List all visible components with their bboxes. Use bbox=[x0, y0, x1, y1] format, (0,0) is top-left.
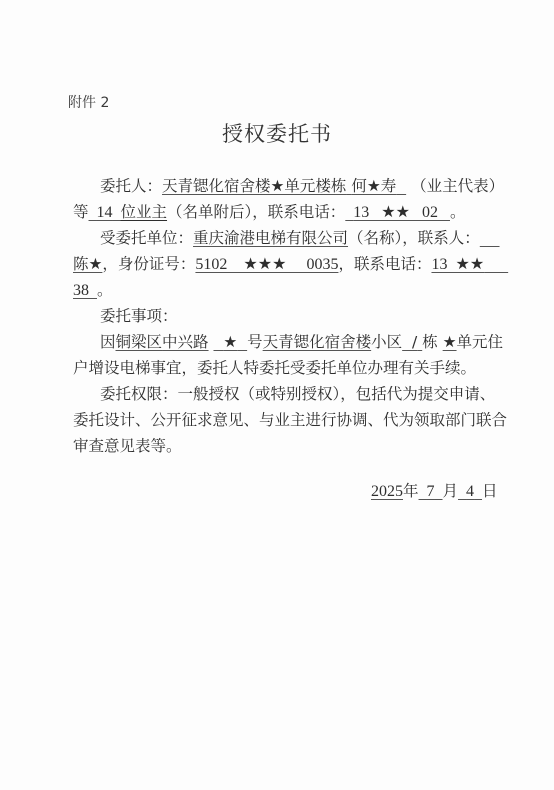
agent-id-number: 5102 ★★★ 0035 bbox=[195, 256, 338, 273]
scope-line-2: 委托设计、公开征求意见、与业主进行协调、代为领取部门联合 bbox=[73, 410, 507, 430]
road: 中兴路 bbox=[162, 333, 209, 351]
month-unit: 月 bbox=[443, 482, 459, 500]
matters-line-2: 户增设电梯事宜，委托人特委托受委托单位办理有关手续。 bbox=[73, 358, 476, 378]
year-unit: 年 bbox=[403, 482, 419, 500]
principal-line-1: 委托人：天青锶化宿舍楼★单元楼栋 何★寿 （业主代表） bbox=[100, 176, 504, 196]
signing-date: 2025年 7 月 4 日 bbox=[371, 481, 498, 502]
agent-label: 受委托单位： bbox=[100, 229, 193, 247]
matters-pre: 因 bbox=[100, 333, 116, 351]
principal-role: （业主代表） bbox=[411, 177, 504, 195]
owner-suffix: 位业主 bbox=[121, 203, 168, 221]
road-number: ★ bbox=[213, 333, 247, 351]
unit-number: ★ bbox=[443, 333, 457, 351]
agent-phone-label: ，联系电话： bbox=[338, 255, 431, 273]
estate-name: 天青锶化宿舍楼 bbox=[263, 333, 372, 351]
principal-label: 委托人： bbox=[100, 177, 162, 195]
agent-phone-part1: 13 ★★ bbox=[431, 256, 508, 273]
building-suffix: 栋 bbox=[422, 333, 438, 351]
principal-address: 天青锶化宿舍楼★单元楼栋 bbox=[162, 177, 346, 195]
scope-line-3: 审查意见表等。 bbox=[73, 436, 182, 456]
number-suffix: 号 bbox=[247, 333, 263, 351]
date-day: 4 bbox=[458, 483, 482, 500]
owner-count: 14 bbox=[89, 204, 121, 221]
matters-heading: 委托事项： bbox=[100, 306, 178, 326]
principal-end: 。 bbox=[450, 203, 466, 221]
day-unit: 日 bbox=[482, 482, 498, 500]
date-year: 2025 bbox=[371, 483, 403, 500]
building-number: / bbox=[402, 333, 422, 351]
owner-prefix: 等 bbox=[73, 203, 89, 221]
agent-end: 。 bbox=[97, 281, 113, 299]
principal-name: 何★寿 bbox=[346, 177, 406, 195]
agent-line-3: 38 。 bbox=[73, 280, 113, 301]
owner-suffix-rest: （名单附后），联系电话： bbox=[167, 203, 345, 221]
principal-line-2: 等 14 位业主（名单附后），联系电话： 13 ★★ 02 。 bbox=[73, 202, 466, 223]
page-title: 授权委托书 bbox=[0, 118, 554, 148]
agent-line-1: 受委托单位：重庆渝港电梯有限公司（名称），联系人： bbox=[100, 228, 500, 248]
agent-phone-part2: 38 bbox=[73, 282, 97, 299]
attachment-label: 附件 2 bbox=[68, 92, 109, 112]
agent-line-2: 陈★，身份证号：5102 ★★★ 0035，联系电话：13 ★★ bbox=[73, 254, 508, 275]
unit-suffix: 单元住 bbox=[457, 333, 504, 351]
matters-line-1: 因铜梁区中兴路 ★ 号天青锶化宿舍楼小区 / 栋 ★单元住 bbox=[100, 332, 503, 352]
principal-phone: 13 ★★ 02 bbox=[345, 204, 450, 221]
date-month: 7 bbox=[419, 483, 443, 500]
agent-company-suffix: （名称），联系人： bbox=[348, 229, 480, 247]
agent-contact-name: 陈★ bbox=[73, 255, 102, 273]
estate-suffix: 小区 bbox=[371, 333, 402, 351]
id-label: ，身份证号： bbox=[102, 255, 195, 273]
contact-blank bbox=[480, 229, 500, 247]
agent-company: 重庆渝港电梯有限公司 bbox=[193, 229, 348, 247]
district: 铜梁区 bbox=[116, 333, 163, 351]
scope-line-1: 委托权限：一般授权（或特别授权），包括代为提交申请、 bbox=[100, 384, 495, 404]
